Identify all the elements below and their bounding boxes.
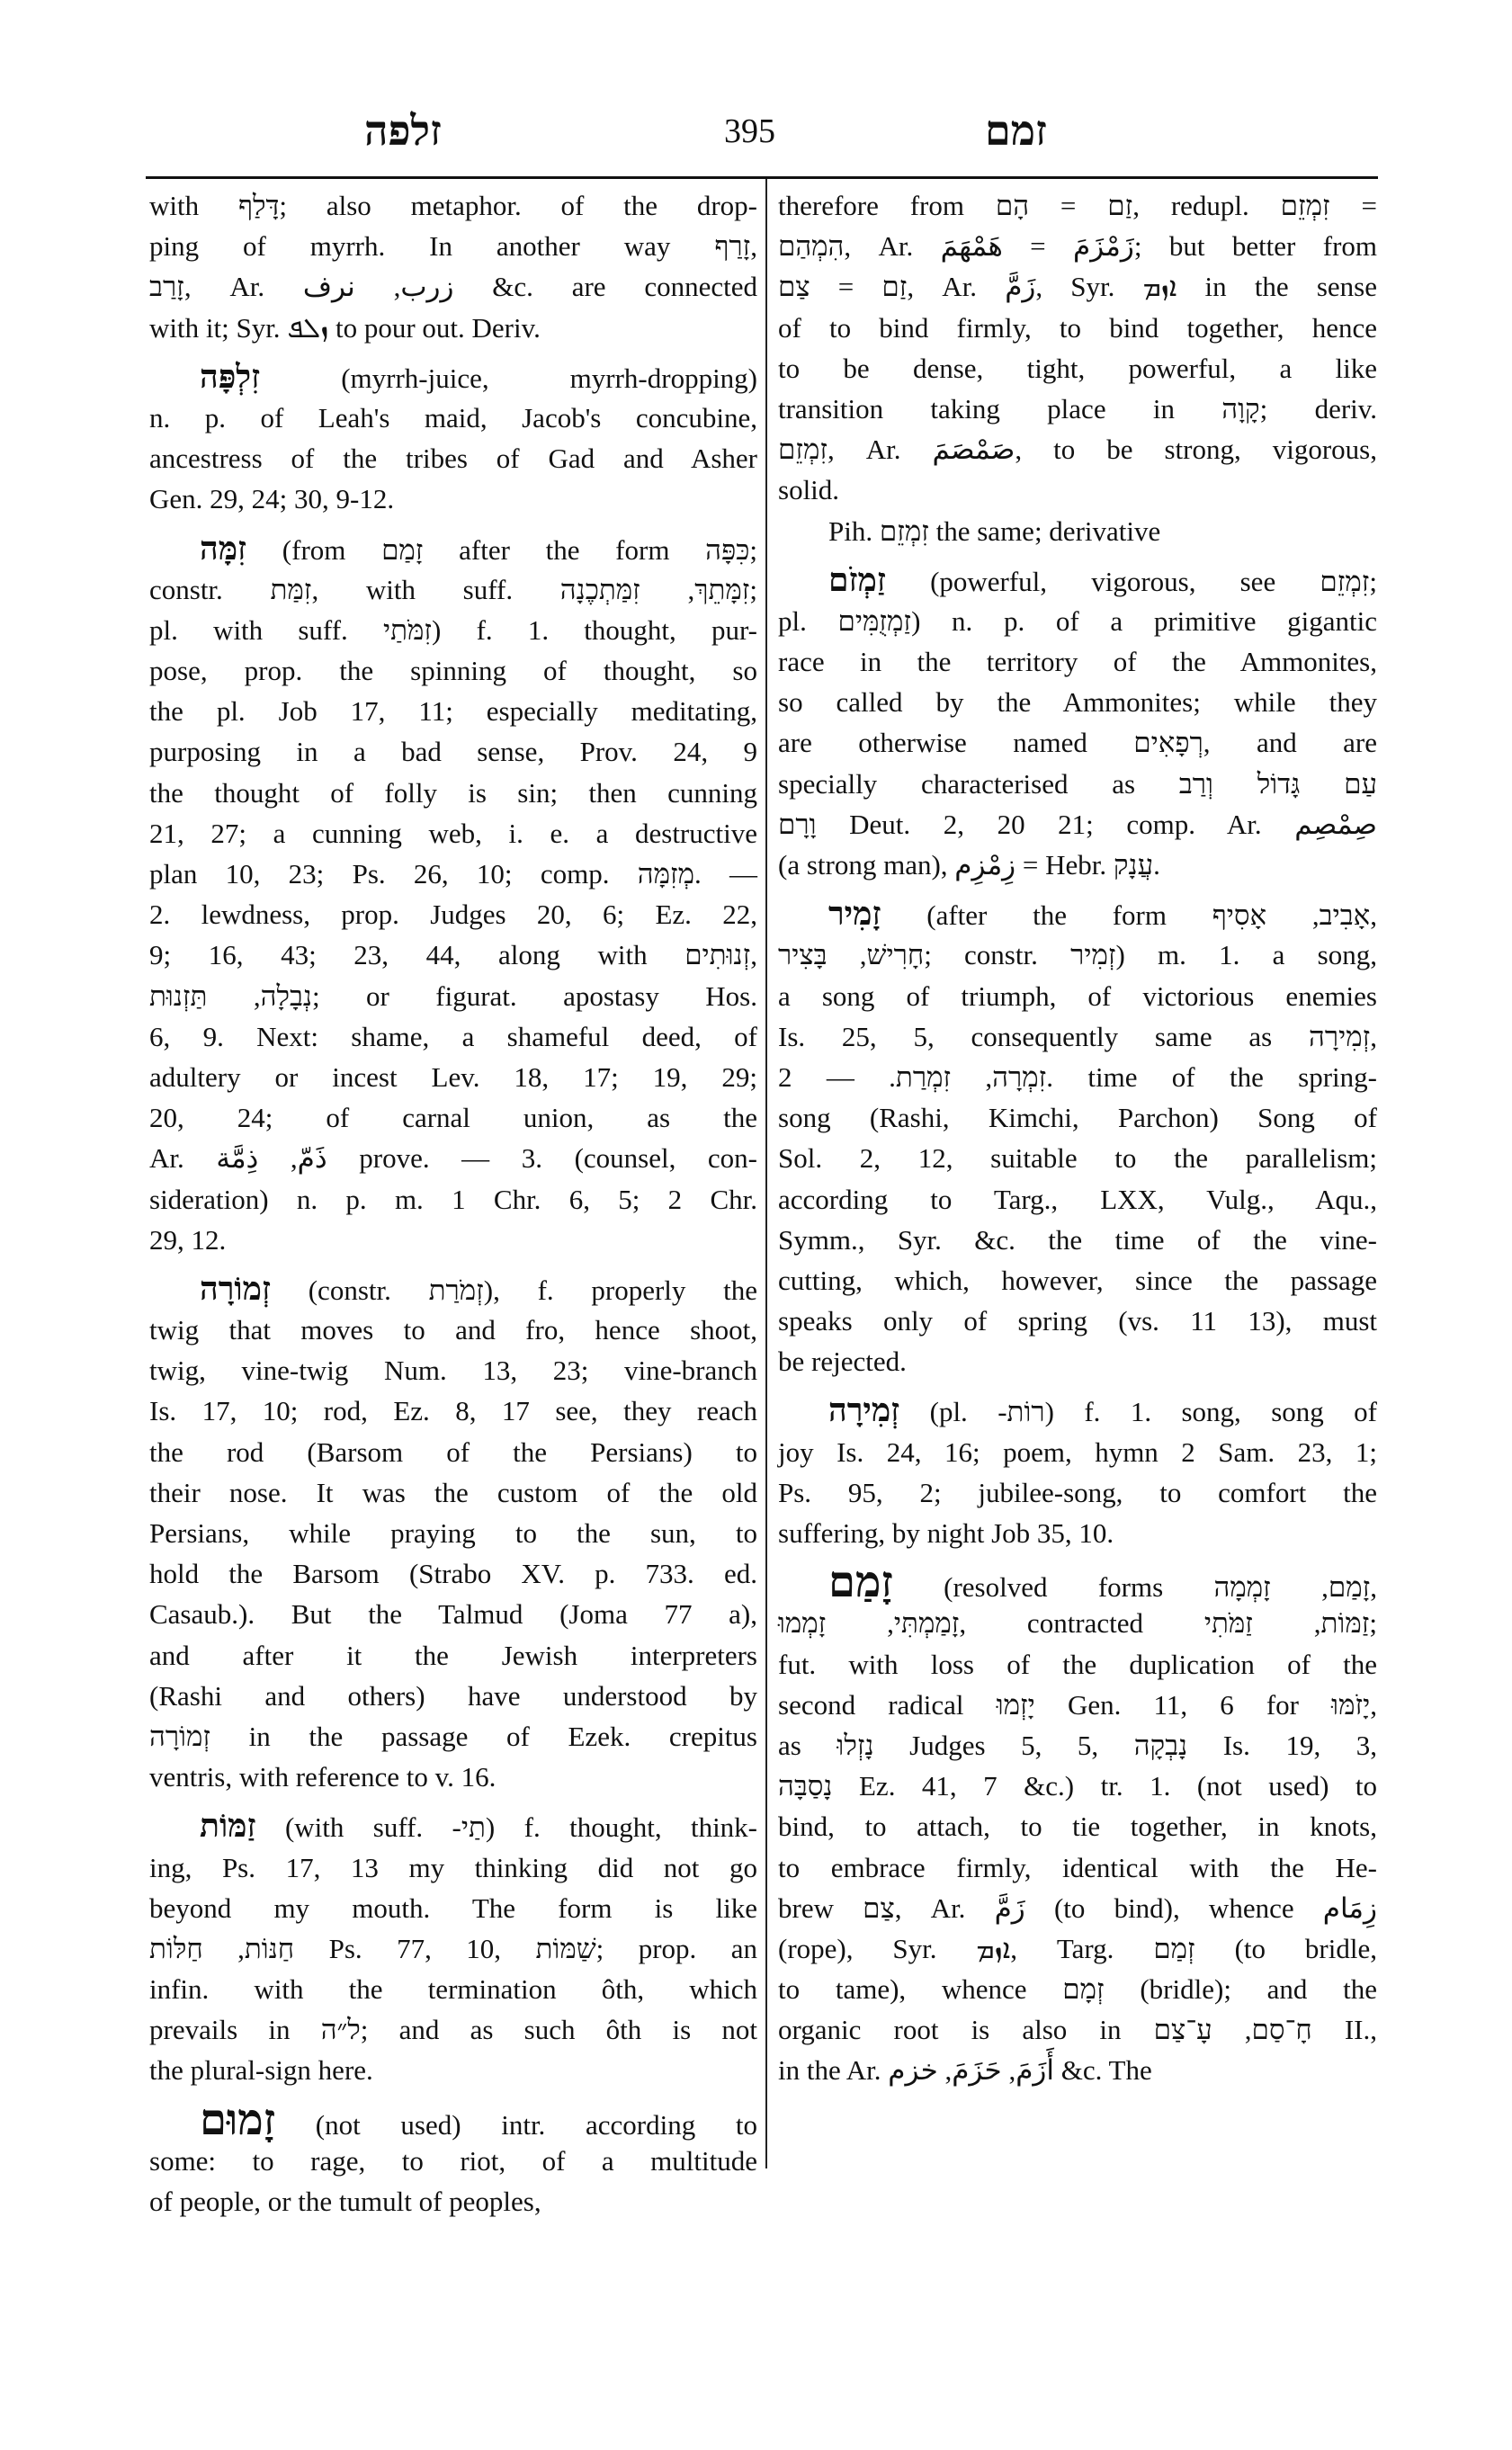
line-text: twig that moves to and fro, hence shoot, (149, 1314, 757, 1346)
text-line: second radical יָזְמוּ Gen. 11, 6 for יָ… (778, 1685, 1377, 1725)
text-line: specially characterised as עַם גָּדוֹל ו… (778, 764, 1377, 804)
headword: זָמִיר (828, 895, 881, 933)
line-text: pose, prop. the spinning of thought, so (149, 655, 757, 686)
line-text: their nose. It was the custom of the old (149, 1477, 757, 1508)
text-line: זָמִיר (after the form אָבִיב, אָסִיף, (778, 894, 1377, 934)
line-text: according to Targ., LXX, Vulg., Aqu., (778, 1184, 1377, 1215)
dictionary-entry: זַמּוֹת (with suff. -תַי) f. thought, th… (149, 1806, 757, 2090)
text-line: זִמְרָה, זִמְרַת. — 2. time of the sprin… (778, 1057, 1377, 1097)
text-line: twig that moves to and fro, hence shoot, (149, 1310, 757, 1350)
line-text: (resolved forms זָמַם, זָמְמָה, (944, 1571, 1377, 1603)
text-line: in the Ar. أَزَمَ, حَزَمَ, خزم &c. The (778, 2050, 1377, 2090)
text-line: זַמּוֹת (with suff. -תַי) f. thought, th… (149, 1806, 757, 1846)
line-text: speaks only of spring (vs. 11 13), must (778, 1305, 1377, 1337)
text-line: זָמוּם (not used) intr. according to (149, 2100, 757, 2141)
line-text: cutting, which, however, since the passa… (778, 1265, 1377, 1296)
line-text: Casaub.). But the Talmud (Joma 77 a), (149, 1598, 757, 1630)
line-text: (Rashi and others) have understood by (149, 1680, 757, 1712)
text-line: suffering, by night Job 35, 10. (778, 1513, 1377, 1553)
line-text: the plural-sign here. (149, 2054, 373, 2086)
text-line: constr. זִמַּת, with suff. זִמָּתֵךְ, זִ… (149, 569, 757, 610)
headword: זָמַם (828, 1557, 893, 1607)
text-line: חַנּוֹת, חַלּוֹת Ps. 77, 10, שַׁמּוֹת; p… (149, 1928, 757, 1969)
line-text: with דָּלַף; also metaphor. of the drop- (149, 190, 757, 221)
dictionary-entry: זְמִירָה (pl. -רוֹת) f. 1. song, song of… (778, 1390, 1377, 1553)
text-line: some: to rage, to riot, of a multitude (149, 2141, 757, 2181)
line-text: with it; Syr. ܙܠܦ to pour out. Deriv. (149, 312, 541, 344)
line-text: are otherwise named רְפָאִים, and are (778, 727, 1377, 758)
line-text: (myrrh-juice, myrrh-dropping) (341, 362, 757, 394)
text-line: race in the territory of the Ammonites, (778, 641, 1377, 682)
text-line: speaks only of spring (vs. 11 13), must (778, 1301, 1377, 1341)
line-text: 20, 24; of carnal union, as the (149, 1102, 757, 1133)
line-text: suffering, by night Job 35, 10. (778, 1517, 1114, 1549)
line-text: Is. 25, 5, consequently same as זְמִירָה… (778, 1021, 1377, 1052)
text-line: according to Targ., LXX, Vulg., Aqu., (778, 1179, 1377, 1220)
text-line: 9; 16, 43; 23, 44, along with זְנוּתִים, (149, 934, 757, 975)
text-line: purposing in a bad sense, Prov. 24, 9 (149, 731, 757, 772)
line-text: some: to rage, to riot, of a multitude (149, 2145, 757, 2177)
line-text: to tame), whence זְמָם (bridle); and the (778, 1973, 1377, 2005)
line-text: נָסַבָּה Ez. 41, 7 &c.) tr. 1. (not used… (778, 1770, 1377, 1802)
headword: זַמּוֹת (200, 1807, 256, 1845)
text-line: 6, 9. Next: shame, a shameful deed, of (149, 1016, 757, 1057)
text-line: נְבָלָה, תַּזְנוּת; or figurat. apostasy… (149, 976, 757, 1016)
line-text: זָמַמְתִּי, זָמְמוּ, contracted זַמּוֹת,… (778, 1607, 1377, 1639)
text-line: the pl. Job 17, 11; especially meditatin… (149, 691, 757, 731)
line-text: 9; 16, 43; 23, 44, along with זְנוּתִים, (149, 939, 757, 970)
headword: זָמוּם (200, 2095, 275, 2145)
line-text: transition taking place in קָוָה; deriv. (778, 393, 1377, 425)
line-text: joy Is. 24, 16; poem, hymn 2 Sam. 23, 1; (778, 1436, 1377, 1468)
text-line: to tame), whence זְמָם (bridle); and the (778, 1969, 1377, 2009)
text-line: 2. lewdness, prop. Judges 20, 6; Ez. 22, (149, 894, 757, 934)
headword: זְמוֹרָה (200, 1270, 271, 1308)
line-text: 21, 27; a cunning web, i. e. a destructi… (149, 818, 757, 849)
text-line: n. p. of Leah's maid, Jacob's concubine, (149, 398, 757, 438)
line-text: organic root is also in חָ־סַם, עָ־צַם I… (778, 2014, 1377, 2045)
text-line: prevails in ל״ה; and as such ôth is not (149, 2009, 757, 2050)
text-line: and after it the Jewish interpreters (149, 1635, 757, 1676)
line-text: be rejected. (778, 1346, 907, 1377)
right-column: therefore from זַם = הָם, redupl. זִמְזֵ… (778, 185, 1377, 2091)
line-text: n. p. of Leah's maid, Jacob's concubine, (149, 402, 757, 434)
text-line: plan 10, 23; Ps. 26, 10; comp. מְזִמָּה.… (149, 854, 757, 894)
text-line: beyond my mouth. The form is like (149, 1888, 757, 1928)
line-text: (rope), Syr. ܐܙܡ, Targ. זְמַם (to bridle… (778, 1933, 1377, 1964)
line-text: 29, 12. (149, 1224, 226, 1256)
line-text: plan 10, 23; Ps. 26, 10; comp. מְזִמָּה.… (149, 858, 757, 890)
text-line: זְמוֹרָה (constr. זְמֹרַת), f. properly … (149, 1269, 757, 1310)
text-line: ing, Ps. 17, 13 my thinking did not go (149, 1847, 757, 1888)
text-line: with דָּלַף; also metaphor. of the drop- (149, 185, 757, 226)
line-text: the pl. Job 17, 11; especially meditatin… (149, 695, 757, 727)
text-line: Ar. ذَمّ, ذِمَّة prove. — 3. (counsel, c… (149, 1138, 757, 1178)
dictionary-entry: זָמִיר (after the form אָבִיב, אָסִיף,חָ… (778, 894, 1377, 1381)
line-text: sideration) n. p. m. 1 Chr. 6, 5; 2 Chr. (149, 1184, 757, 1215)
text-line: organic root is also in חָ־סַם, עָ־צַם I… (778, 2009, 1377, 2050)
text-line: of people, or the tumult of peoples, (149, 2181, 757, 2222)
line-text: hold the Barsom (Strabo XV. p. 733. ed. (149, 1558, 757, 1589)
text-line: Is. 25, 5, consequently same as זְמִירָה… (778, 1016, 1377, 1057)
text-line: זִמְזֵם, Ar. صَمْصَمَ, to be strong, vig… (778, 429, 1377, 469)
line-text: race in the territory of the Ammonites, (778, 646, 1377, 677)
line-text: Sol. 2, 12, suitable to the parallelism; (778, 1142, 1377, 1174)
line-text: bind, to attach, to tie together, in kno… (778, 1811, 1377, 1842)
text-line: הִמְהַם, Ar. زَمْزَمَ = هَمْهَمَ; but be… (778, 226, 1377, 266)
line-text: Ar. ذَمّ, ذِمَّة prove. — 3. (counsel, c… (149, 1142, 757, 1174)
line-text: ancestress of the tribes of Gad and Ashe… (149, 443, 757, 474)
line-text: pl. with suff. זִמֹּתַי) f. 1. thought, … (149, 614, 757, 646)
line-text: (constr. זְמֹרַת), f. properly the (309, 1274, 757, 1306)
text-line: sideration) n. p. m. 1 Chr. 6, 5; 2 Chr. (149, 1179, 757, 1220)
line-text: fut. with loss of the duplication of the (778, 1649, 1377, 1680)
line-text: ventris, with reference to v. 16. (149, 1761, 496, 1793)
running-head-last-word: זמם (985, 106, 1047, 155)
text-line: pl. with suff. זִמֹּתַי) f. 1. thought, … (149, 610, 757, 650)
text-line: pose, prop. the spinning of thought, so (149, 650, 757, 691)
line-text: 6, 9. Next: shame, a shameful deed, of (149, 1021, 757, 1052)
dictionary-entry: זִלְפָּה (myrrh-juice, myrrh-dropping)n.… (149, 357, 757, 520)
text-line: 29, 12. (149, 1220, 757, 1260)
line-text: song (Rashi, Kimchi, Parchon) Song of (778, 1102, 1377, 1133)
dictionary-entry: זִמָּה (from זָמַם after the form כִּפָּ… (149, 529, 757, 1260)
text-line: Sol. 2, 12, suitable to the parallelism; (778, 1138, 1377, 1178)
text-line: their nose. It was the custom of the old (149, 1472, 757, 1513)
text-line: to be dense, tight, powerful, a like (778, 348, 1377, 389)
text-line: ancestress of the tribes of Gad and Ashe… (149, 438, 757, 478)
header-rule (146, 176, 1378, 179)
text-line: the plural-sign here. (149, 2050, 757, 2090)
text-line: זְמוֹרָה in the passage of Ezek. crepitu… (149, 1716, 757, 1757)
line-text: so called by the Ammonites; while they (778, 686, 1377, 718)
line-text: pl. זַמְזֻמִּים) n. p. of a primitive gi… (778, 605, 1377, 637)
line-text: twig, vine-twig Num. 13, 23; vine-branch (149, 1355, 757, 1386)
line-text: Ps. 95, 2; jubilee-song, to comfort the (778, 1477, 1377, 1508)
line-text: purposing in a bad sense, Prov. 24, 9 (149, 736, 757, 767)
line-text: נְבָלָה, תַּזְנוּת; or figurat. apostasy… (149, 980, 757, 1012)
text-line: be rejected. (778, 1341, 1377, 1381)
left-column: with דָּלַף; also metaphor. of the drop-… (149, 185, 757, 2222)
headword: זִלְפָּה (200, 358, 260, 396)
dictionary-entry: זַמְזֹם (powerful, vigorous, see זִמְזֵם… (778, 560, 1377, 886)
line-text: Persians, while praying to the sun, to (149, 1517, 757, 1549)
text-line: brew צַם, Ar. زَمَّ (to bind), whence زِ… (778, 1888, 1377, 1928)
text-line: 20, 24; of carnal union, as the (149, 1097, 757, 1138)
text-line: cutting, which, however, since the passa… (778, 1260, 1377, 1301)
text-line: נָסַבָּה Ez. 41, 7 &c.) tr. 1. (not used… (778, 1766, 1377, 1806)
text-line: וָרָם Deut. 2, 20 21; comp. Ar. صِمْصِم (778, 804, 1377, 845)
line-text: וָרָם Deut. 2, 20 21; comp. Ar. صِمْصِم (778, 809, 1377, 840)
line-text: a song of triumph, of victorious enemies (778, 980, 1377, 1012)
text-line: זָמַמְתִּי, זָמְמוּ, contracted זַמּוֹת,… (778, 1603, 1377, 1643)
text-line: as נָזְלוּ Judges 5, 5, נָבְקָה Is. 19, … (778, 1725, 1377, 1766)
line-text: הִמְהַם, Ar. زَمْزَمَ = هَمْهَمَ; but be… (778, 230, 1377, 262)
text-line: זָמַם (resolved forms זָמַם, זָמְמָה, (778, 1562, 1377, 1603)
line-text: Is. 17, 10; rod, Ez. 8, 17 see, they rea… (149, 1395, 757, 1426)
text-line: 21, 27; a cunning web, i. e. a destructi… (149, 813, 757, 854)
text-line: זַמְזֹם (powerful, vigorous, see זִמְזֵם… (778, 560, 1377, 601)
line-text: in the Ar. أَزَمَ, حَزَمَ, خزم &c. The (778, 2054, 1152, 2086)
text-line: the rod (Barsom of the Persians) to (149, 1432, 757, 1472)
text-line: twig, vine-twig Num. 13, 23; vine-branch (149, 1350, 757, 1390)
text-line: solid. (778, 469, 1377, 510)
line-text: חָרִישׁ, בָּצִיר; constr. זְמִיר) m. 1. … (778, 939, 1377, 970)
text-line: זַם = צַם, Ar. زَمَّ, Syr. ܐܙܡ in the se… (778, 266, 1377, 307)
text-line: the thought of folly is sin; then cunnin… (149, 773, 757, 813)
line-text: therefore from זַם = הָם, redupl. זִמְזֵ… (778, 190, 1377, 221)
line-text: solid. (778, 474, 839, 505)
text-line: ping of myrrh. In another way זָרַף, (149, 226, 757, 266)
text-line: hold the Barsom (Strabo XV. p. 733. ed. (149, 1553, 757, 1594)
line-text: (pl. -רוֹת) f. 1. song, song of (930, 1396, 1377, 1427)
headword: זִמָּה (200, 530, 246, 568)
dictionary-page: זלפה 395 זמם with דָּלַף; also metaphor.… (0, 0, 1512, 2450)
line-text: ing, Ps. 17, 13 my thinking did not go (149, 1852, 757, 1883)
text-line: therefore from זַם = הָם, redupl. זִמְזֵ… (778, 185, 1377, 226)
line-text: the thought of folly is sin; then cunnin… (149, 777, 757, 809)
line-text: Pih. זִמְזֵם the same; derivative (828, 515, 1160, 547)
line-text: Symm., Syr. &c. the time of the vine- (778, 1224, 1377, 1256)
running-head: זלפה 395 זמם (144, 106, 1385, 169)
text-line: Gen. 29, 24; 30, 9-12. (149, 478, 757, 519)
text-line: with it; Syr. ܙܠܦ to pour out. Deriv. (149, 308, 757, 348)
text-line: bind, to attach, to tie together, in kno… (778, 1806, 1377, 1846)
text-line: Symm., Syr. &c. the time of the vine- (778, 1220, 1377, 1260)
text-line: Casaub.). But the Talmud (Joma 77 a), (149, 1594, 757, 1634)
text-line: זִלְפָּה (myrrh-juice, myrrh-dropping) (149, 357, 757, 398)
dictionary-entry: זָמוּם (not used) intr. according tosome… (149, 2100, 757, 2222)
text-line: (a strong man), زِمْزِم = Hebr. עֲנָק. (778, 845, 1377, 885)
running-head-first-word: זלפה (364, 106, 442, 155)
line-text: infin. with the termination ôth, which (149, 1973, 757, 2005)
entry-continuation: with דָּלַף; also metaphor. of the drop-… (149, 185, 757, 348)
line-text: of to bind firmly, to bind together, hen… (778, 312, 1377, 344)
text-line: infin. with the termination ôth, which (149, 1969, 757, 2009)
line-text: חַנּוֹת, חַלּוֹת Ps. 77, 10, שַׁמּוֹת; p… (149, 1933, 757, 1964)
line-text: (after the form אָבִיב, אָסִיף, (926, 899, 1377, 931)
text-line: זִמָּה (from זָמַם after the form כִּפָּ… (149, 529, 757, 569)
text-line: (rope), Syr. ܐܙܡ, Targ. זְמַם (to bridle… (778, 1928, 1377, 1969)
line-text: specially characterised as עַם גָּדוֹל ו… (778, 768, 1377, 800)
line-text: זָרַב, Ar. زرب, نرف &c. are connected (149, 271, 757, 302)
line-text: to be dense, tight, powerful, a like (778, 353, 1377, 384)
text-line: song (Rashi, Kimchi, Parchon) Song of (778, 1097, 1377, 1138)
line-text: (not used) intr. according to (316, 2109, 757, 2141)
text-line: זָרַב, Ar. زرب, نرف &c. are connected (149, 266, 757, 307)
text-line: to embrace firmly, identical with the He… (778, 1847, 1377, 1888)
text-line: Ps. 95, 2; jubilee-song, to comfort the (778, 1472, 1377, 1513)
column-divider (765, 179, 767, 2168)
text-line: חָרִישׁ, בָּצִיר; constr. זְמִיר) m. 1. … (778, 934, 1377, 975)
line-text: זַם = צַם, Ar. زَمَّ, Syr. ܐܙܡ in the se… (778, 271, 1377, 302)
text-line: of to bind firmly, to bind together, hen… (778, 308, 1377, 348)
line-text: prevails in ל״ה; and as such ôth is not (149, 2014, 757, 2045)
text-line: Is. 17, 10; rod, Ez. 8, 17 see, they rea… (149, 1390, 757, 1431)
text-line: so called by the Ammonites; while they (778, 682, 1377, 722)
line-text: constr. זִמַּת, with suff. זִמָּתֵךְ, זִ… (149, 574, 757, 605)
line-text: (from זָמַם after the form כִּפָּה; (282, 534, 757, 566)
headword: זְמִירָה (828, 1391, 899, 1429)
page-number: 395 (724, 112, 775, 151)
line-text: זִמְזֵם, Ar. صَمْصَمَ, to be strong, vig… (778, 434, 1377, 465)
line-text: (powerful, vigorous, see זִמְזֵם; (930, 566, 1377, 597)
line-text: ping of myrrh. In another way זָרַף, (149, 230, 757, 262)
line-text: Gen. 29, 24; 30, 9-12. (149, 483, 394, 514)
line-text: the rod (Barsom of the Persians) to (149, 1436, 757, 1468)
line-text: זְמוֹרָה in the passage of Ezek. crepitu… (149, 1721, 757, 1752)
text-line: Persians, while praying to the sun, to (149, 1513, 757, 1553)
line-text: (with suff. -תַי) f. thought, think- (285, 1811, 757, 1843)
line-text: to embrace firmly, identical with the He… (778, 1852, 1377, 1883)
headword: זַמְזֹם (828, 561, 886, 599)
text-line: Pih. זִמְזֵם the same; derivative (778, 511, 1377, 551)
line-text: of people, or the tumult of peoples, (149, 2186, 541, 2217)
text-line: adultery or incest Lev. 18, 17; 19, 29; (149, 1057, 757, 1097)
text-line: a song of triumph, of victorious enemies (778, 976, 1377, 1016)
text-line: joy Is. 24, 16; poem, hymn 2 Sam. 23, 1; (778, 1432, 1377, 1472)
text-line: זְמִירָה (pl. -רוֹת) f. 1. song, song of (778, 1390, 1377, 1431)
dictionary-entry: זְמוֹרָה (constr. זְמֹרַת), f. properly … (149, 1269, 757, 1797)
line-text: adultery or incest Lev. 18, 17; 19, 29; (149, 1061, 757, 1093)
text-line: ventris, with reference to v. 16. (149, 1757, 757, 1797)
text-line: transition taking place in קָוָה; deriv. (778, 389, 1377, 429)
line-text: זִמְרָה, זִמְרַת. — 2. time of the sprin… (778, 1061, 1377, 1093)
line-text: as נָזְלוּ Judges 5, 5, נָבְקָה Is. 19, … (778, 1730, 1377, 1761)
line-text: 2. lewdness, prop. Judges 20, 6; Ez. 22, (149, 899, 757, 930)
text-line: are otherwise named רְפָאִים, and are (778, 722, 1377, 763)
line-text: (a strong man), زِمْزِم = Hebr. עֲנָק. (778, 849, 1160, 881)
dictionary-entry: זָמַם (resolved forms זָמַם, זָמְמָה,זָמ… (778, 1562, 1377, 2090)
text-line: (Rashi and others) have understood by (149, 1676, 757, 1716)
line-text: second radical יָזְמוּ Gen. 11, 6 for יָ… (778, 1689, 1377, 1721)
line-text: and after it the Jewish interpreters (149, 1640, 757, 1671)
entry-continuation: therefore from זַם = הָם, redupl. זִמְזֵ… (778, 185, 1377, 551)
line-text: beyond my mouth. The form is like (149, 1892, 757, 1924)
text-line: pl. זַמְזֻמִּים) n. p. of a primitive gi… (778, 601, 1377, 641)
line-text: brew צַם, Ar. زَمَّ (to bind), whence زِ… (778, 1892, 1377, 1924)
text-line: fut. with loss of the duplication of the (778, 1644, 1377, 1685)
